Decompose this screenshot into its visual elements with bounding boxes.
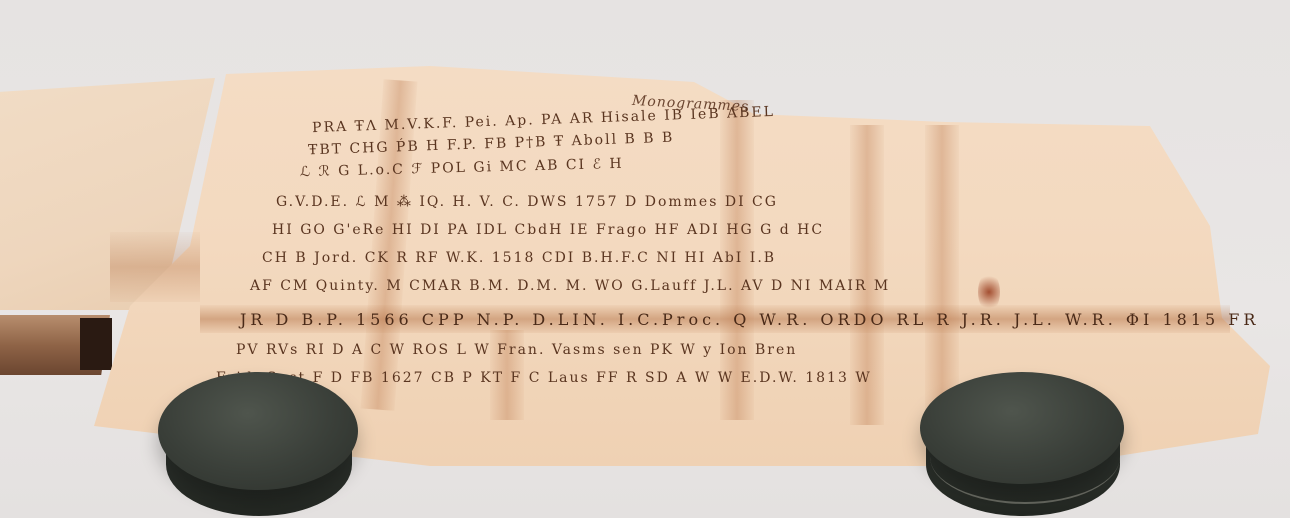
monogram-row: G.V.D.E. ℒ M ⁂ IQ. H. V. C. DWS 1757 D D… <box>276 194 778 210</box>
book-gap-shadow <box>80 318 112 370</box>
weight-right-rim <box>930 410 1120 504</box>
monogram-row: JR D B.P. 1566 CPP N.P. D.LIN. I.C.Proc.… <box>240 310 1259 329</box>
photo-scene: Monogrammes PRA ŦΛ M.V.K.F. Pei. Ap. PA … <box>0 0 1290 518</box>
monogram-row: AF CM Quinty. M CMAR B.M. D.M. M. WO G.L… <box>250 278 890 294</box>
weight-left <box>158 372 358 490</box>
rust-stain <box>978 272 1000 312</box>
monogram-row: CH B Jord. CK R RF W.K. 1518 CDI B.H.F.C… <box>262 250 776 266</box>
fold-vertical-4 <box>925 125 959 425</box>
fold-horizontal-stain <box>110 232 200 302</box>
monogram-row: PV RVs RI D A C W ROS L W Fran. Vasms se… <box>236 342 797 358</box>
monogram-row: HI GO G'eRe HI DI PA IDL CbdH IE Frago H… <box>272 222 824 238</box>
